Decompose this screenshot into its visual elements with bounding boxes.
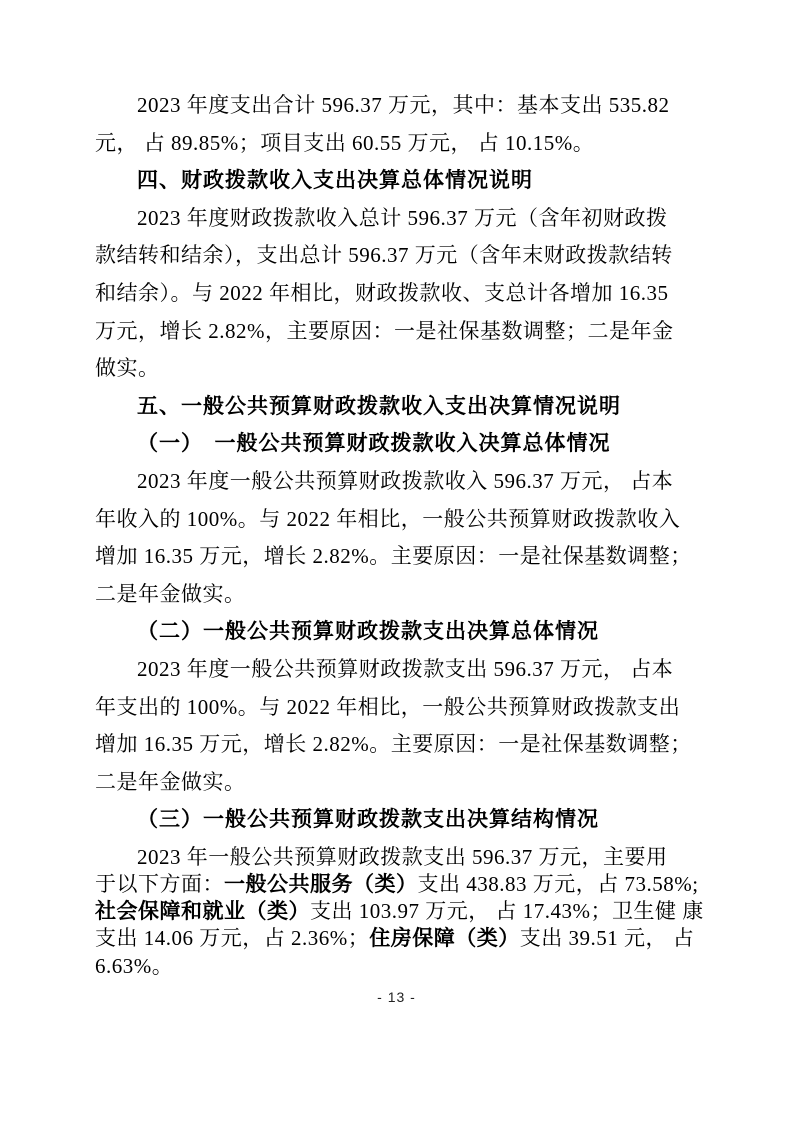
paragraph-total-expenditure: 2023 年度支出合计 596.37 万元，其中：基本支出 535.82 元， … — [95, 87, 707, 162]
paragraph-expenditure-overview: 2023 年度一般公共预算财政拨款支出 596.37 万元， 占本 年支出的 1… — [95, 651, 707, 801]
document-page: 2023 年度支出合计 596.37 万元，其中：基本支出 535.82 元， … — [0, 0, 793, 1122]
paragraph-expenditure-structure: 2023 年一般公共预算财政拨款支出 596.37 万元，主要用 于以下方面：一… — [95, 844, 707, 980]
heading-section-5-1: （一） 一般公共预算财政拨款收入决算总体情况 — [95, 425, 707, 463]
paragraph-income-overview: 2023 年度一般公共预算财政拨款收入 596.37 万元， 占本 年收入的 1… — [95, 463, 707, 613]
heading-section-5-2: （二）一般公共预算财政拨款支出决算总体情况 — [95, 613, 707, 651]
heading-section-5-3: （三）一般公共预算财政拨款支出决算结构情况 — [95, 801, 707, 839]
heading-section-5: 五、一般公共预算财政拨款收入支出决算情况说明 — [95, 388, 707, 426]
paragraph-fiscal-appropriation-overview: 2023 年度财政拨款收入总计 596.37 万元（含年初财政拨 款结转和结余）… — [95, 200, 707, 388]
page-content: 2023 年度支出合计 596.37 万元，其中：基本支出 535.82 元， … — [95, 87, 707, 980]
page-number: - 13 - — [0, 989, 793, 1005]
heading-section-4: 四、财政拨款收入支出决算总体情况说明 — [95, 162, 707, 200]
